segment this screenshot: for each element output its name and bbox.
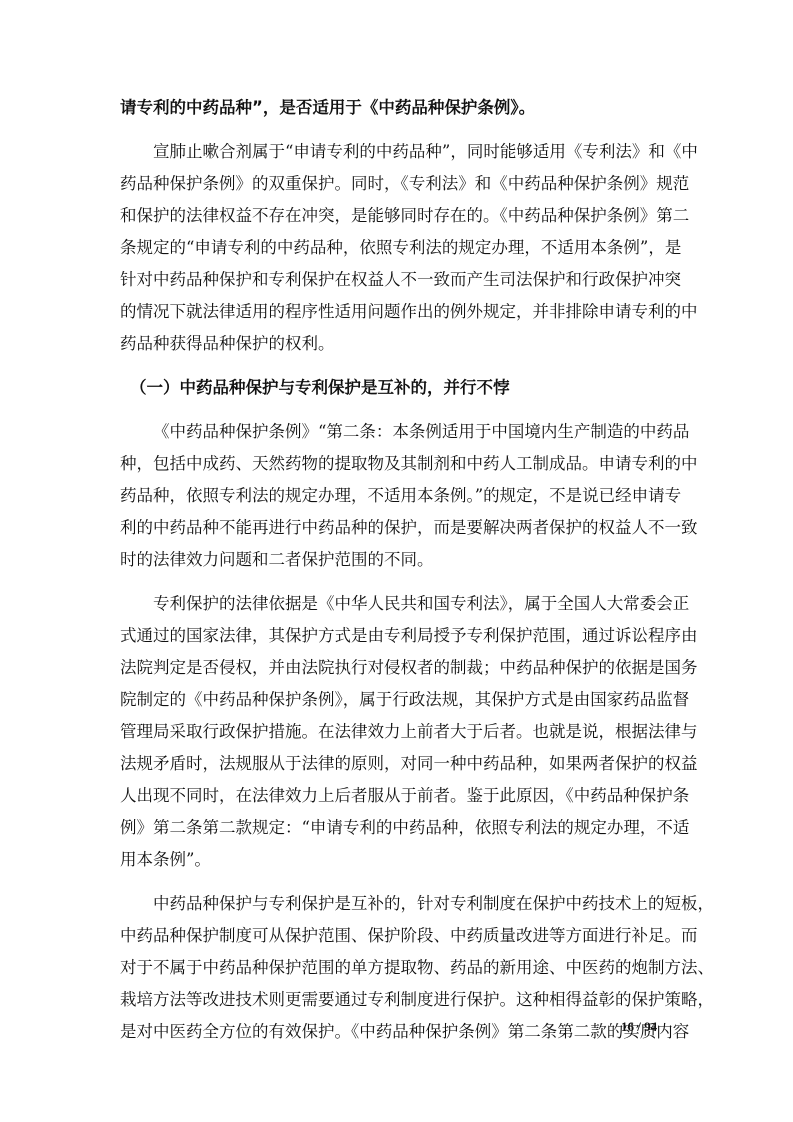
text-line: 宣肺止嗽合剂属于“申请专利的中药品种”，同时能够适用《专利法》和《中	[120, 136, 673, 168]
section-heading: （一）中药品种保护与专利保护是互补的，并行不悖	[120, 372, 673, 404]
page-number: 16 / 94	[621, 1019, 657, 1035]
text-line: 时的法律效力问题和二者保护范围的不同。	[120, 544, 673, 576]
document-page: 请专利的中药品种”，是否适用于《中药品种保护条例》。 宣肺止嗽合剂属于“申请专利…	[120, 92, 673, 1060]
text-line: 人出现不同时，在法律效力上后者服从于前者。鉴于此原因，《中药品种保护条	[120, 780, 673, 812]
section-paragraph-3: 中药品种保护与专利保护是互补的，针对专利制度在保护中药技术上的短板， 中药品种保…	[120, 888, 673, 1048]
text-line: 药品种，依照专利法的规定办理，不适用本条例。”的规定，不是说已经申请专	[120, 480, 673, 512]
text-line: 和保护的法律权益不存在冲突，是能够同时存在的。《中药品种保护条例》第二	[120, 200, 673, 232]
text-line: 的情况下就法律适用的程序性适用问题作出的例外规定，并非排除申请专利的中	[120, 296, 673, 328]
text-line: 式通过的国家法律，其保护方式是由专利局授予专利保护范围，通过诉讼程序由	[120, 620, 673, 652]
text-line: 用本条例”。	[120, 844, 673, 876]
text-line: 栽培方法等改进技术则更需要通过专利制度进行保护。这种相得益彰的保护策略，	[120, 984, 673, 1016]
text-line: 对于不属于中药品种保护范围的单方提取物、药品的新用途、中医药的炮制方法、	[120, 952, 673, 984]
text-line: 专利保护的法律依据是《中华人民共和国专利法》，属于全国人大常委会正	[120, 588, 673, 620]
text-line: 管理局采取行政保护措施。在法律效力上前者大于后者。也就是说，根据法律与	[120, 716, 673, 748]
text-line: 条规定的“申请专利的中药品种，依照专利法的规定办理，不适用本条例”，是	[120, 232, 673, 264]
section-paragraph-1: 《中药品种保护条例》“第二条：本条例适用于中国境内生产制造的中药品 种，包括中成…	[120, 416, 673, 576]
text-line: 利的中药品种不能再进行中药品种的保护，而是要解决两者保护的权益人不一致	[120, 512, 673, 544]
paragraph-1: 宣肺止嗽合剂属于“申请专利的中药品种”，同时能够适用《专利法》和《中 药品种保护…	[120, 136, 673, 360]
section-paragraph-2: 专利保护的法律依据是《中华人民共和国专利法》，属于全国人大常委会正 式通过的国家…	[120, 588, 673, 876]
text-line: 药品种保护条例》的双重保护。同时，《专利法》和《中药品种保护条例》规范	[120, 168, 673, 200]
text-line: 种，包括中成药、天然药物的提取物及其制剂和中药人工制成品。申请专利的中	[120, 448, 673, 480]
text-line: 是对中医药全方位的有效保护。《中药品种保护条例》第二条第二款的实质内容	[120, 1016, 673, 1048]
text-line: 例》第二条第二款规定：“申请专利的中药品种，依照专利法的规定办理，不适	[120, 812, 673, 844]
text-line: 院制定的《中药品种保护条例》，属于行政法规，其保护方式是由国家药品监督	[120, 684, 673, 716]
text-line: 药品种获得品种保护的权利。	[120, 328, 673, 360]
text-line: 法规矛盾时，法规服从于法律的原则，对同一种中药品种，如果两者保护的权益	[120, 748, 673, 780]
lead-heading: 请专利的中药品种”，是否适用于《中药品种保护条例》。	[120, 92, 673, 124]
text-line: 法院判定是否侵权，并由法院执行对侵权者的制裁；中药品种保护的依据是国务	[120, 652, 673, 684]
text-line: 针对中药品种保护和专利保护在权益人不一致而产生司法保护和行政保护冲突	[120, 264, 673, 296]
text-line: 中药品种保护与专利保护是互补的，针对专利制度在保护中药技术上的短板，	[120, 888, 673, 920]
text-line: 《中药品种保护条例》“第二条：本条例适用于中国境内生产制造的中药品	[120, 416, 673, 448]
text-line: 中药品种保护制度可从保护范围、保护阶段、中药质量改进等方面进行补足。而	[120, 920, 673, 952]
